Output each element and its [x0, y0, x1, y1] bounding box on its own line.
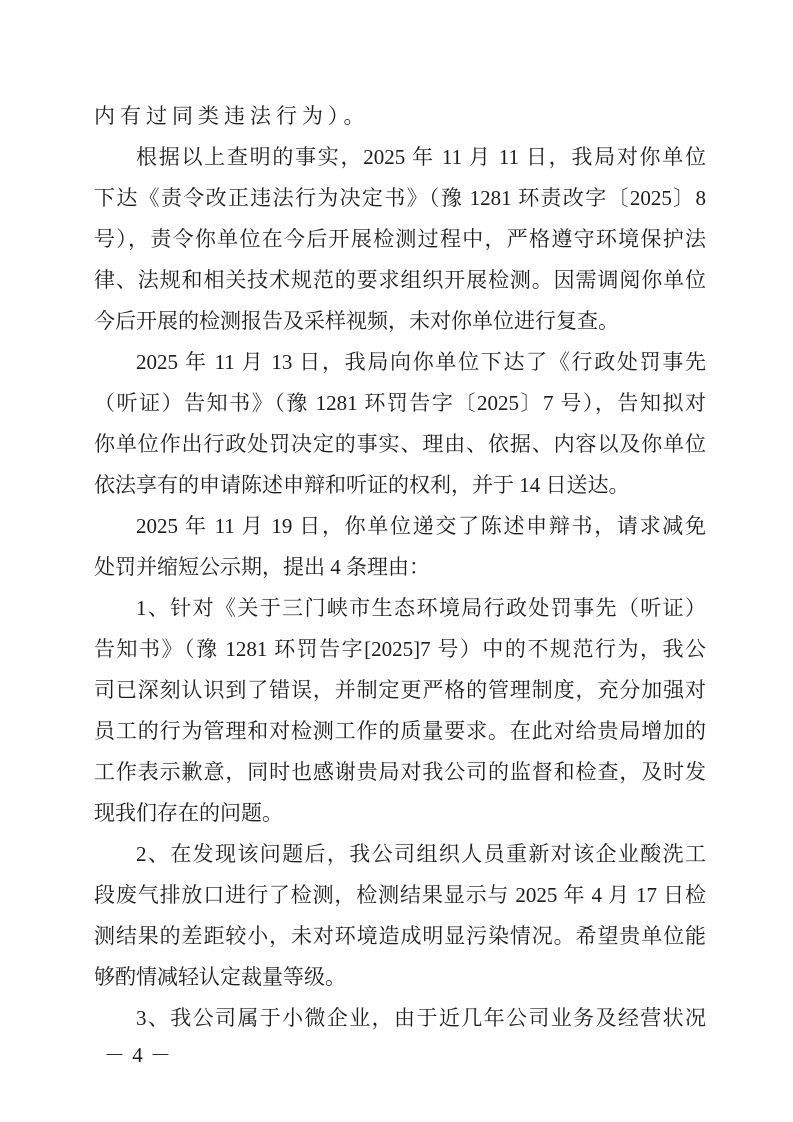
text-line: 依法享有的申请陈述申辩和听证的权利，并于 14 日送达。 [94, 465, 706, 506]
text-line: 告知书》（豫 1281 环罚告字[2025]7 号）中的不规范行为，我公 [94, 629, 706, 670]
text-line: 工作表示歉意，同时也感谢贵局对我公司的监督和检查，及时发 [94, 752, 706, 793]
text-line: 2025 年 11 月 13 日，我局向你单位下达了《行政处罚事先 [94, 342, 706, 383]
text-line: 处罚并缩短公示期，提出 4 条理由： [94, 547, 706, 588]
text-line: 2、在发现该问题后，我公司组织人员重新对该企业酸洗工 [94, 834, 706, 875]
text-line: 号），责令你单位在今后开展检测过程中，严格遵守环境保护法 [94, 219, 706, 260]
document-body: 内有过同类违法行为）。根据以上查明的事实，2025 年 11 月 11 日，我局… [94, 96, 706, 1039]
text-line: 根据以上查明的事实，2025 年 11 月 11 日，我局对你单位 [94, 137, 706, 178]
page-number: － 4 － [104, 1041, 172, 1069]
text-line: 内有过同类违法行为）。 [94, 96, 706, 137]
text-line: 够酌情减轻认定裁量等级。 [94, 957, 706, 998]
text-line: 段废气排放口进行了检测，检测结果显示与 2025 年 4 月 17 日检 [94, 875, 706, 916]
text-line: 测结果的差距较小，未对环境造成明显污染情况。希望贵单位能 [94, 916, 706, 957]
text-line: 司已深刻认识到了错误，并制定更严格的管理制度，充分加强对 [94, 670, 706, 711]
text-line: 2025 年 11 月 19 日，你单位递交了陈述申辩书，请求减免 [94, 506, 706, 547]
text-line: 今后开展的检测报告及采样视频，未对你单位进行复查。 [94, 301, 706, 342]
text-line: 1、针对《关于三门峡市生态环境局行政处罚事先（听证） [94, 588, 706, 629]
text-line: 3、我公司属于小微企业，由于近几年公司业务及经营状况 [94, 998, 706, 1039]
text-line: 员工的行为管理和对检测工作的质量要求。在此对给贵局增加的 [94, 711, 706, 752]
text-line: 律、法规和相关技术规范的要求组织开展检测。因需调阅你单位 [94, 260, 706, 301]
document-page: 内有过同类违法行为）。根据以上查明的事实，2025 年 11 月 11 日，我局… [0, 0, 793, 1122]
text-line: 你单位作出行政处罚决定的事实、理由、依据、内容以及你单位 [94, 424, 706, 465]
text-line: （听证）告知书》（豫 1281 环罚告字〔2025〕7 号），告知拟对 [94, 383, 706, 424]
text-line: 现我们存在的问题。 [94, 793, 706, 834]
text-line: 下达《责令改正违法行为决定书》（豫 1281 环责改字〔2025〕8 [94, 178, 706, 219]
